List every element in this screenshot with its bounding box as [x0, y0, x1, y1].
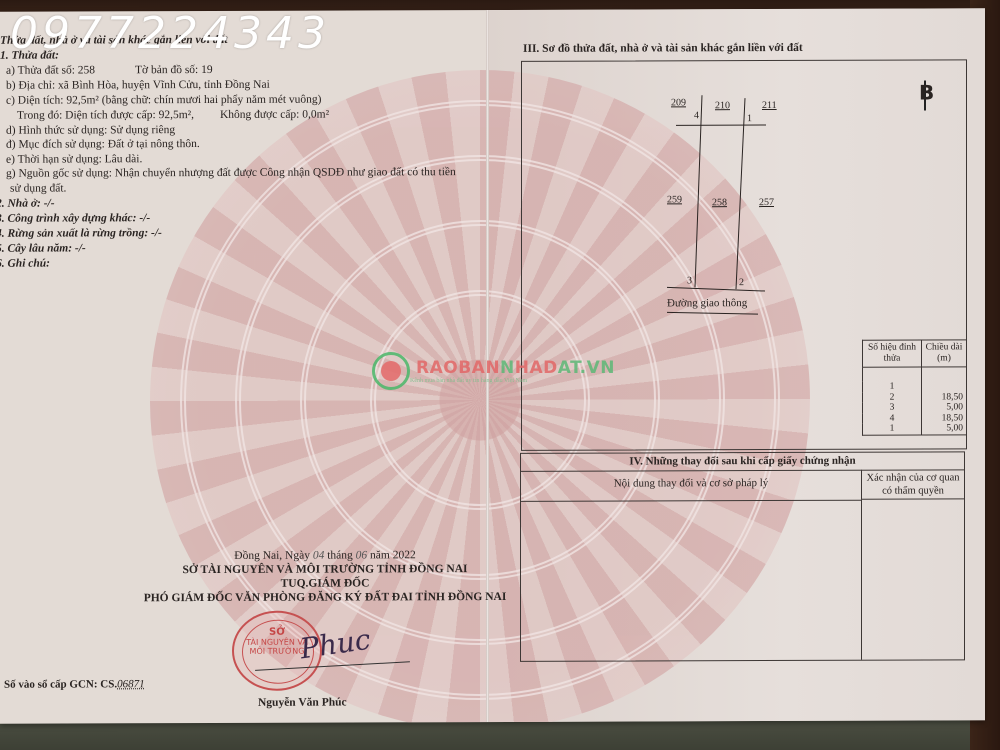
vertex-4: 4	[694, 110, 699, 121]
site-watermark: RAOBANNHADAT.VN Kênh mua bán nhà đất uy …	[372, 352, 615, 390]
table-row: 418,50	[863, 413, 967, 424]
road-label: Đường giao thông	[667, 297, 747, 309]
header-authority-confirmation: Xác nhận của cơ quan có thẩm quyền	[861, 469, 964, 499]
vertex-1: 1	[747, 113, 752, 124]
header-change-content: Nội dung thay đổi và cơ sở pháp lý	[521, 470, 861, 502]
column-divider	[861, 500, 862, 660]
watermark-text: RAOBANNHADAT.VN	[416, 358, 615, 378]
header-vertex: Số hiệu đỉnh thửa	[863, 340, 922, 367]
parcel-209: 209	[671, 97, 686, 108]
parcel-258: 258	[712, 197, 727, 208]
house-logo-icon	[372, 352, 410, 390]
north-arrow-icon: B	[919, 80, 934, 104]
table-row: 15,00	[863, 423, 967, 434]
table-row: 35,00	[863, 402, 967, 413]
parcel-211: 211	[762, 100, 777, 111]
parcel-210: 210	[715, 100, 730, 111]
parcel-257: 257	[759, 197, 774, 208]
table-row: 218,50	[863, 392, 967, 403]
vertex-3: 3	[687, 275, 692, 286]
parcel-259: 259	[667, 194, 682, 205]
edge-length-table: Số hiệu đỉnh thửa Chiều dài (m) 1 218,50…	[862, 339, 967, 435]
vertex-2: 2	[739, 277, 744, 288]
section-4-changes-table: IV. Những thay đổi sau khi cấp giấy chứn…	[520, 451, 965, 662]
watermark-subtitle: Kênh mua bán nhà đất uy tín hàng đầu Việ…	[410, 378, 615, 384]
phone-number-overlay: 0977224343	[10, 8, 330, 59]
table-row: 1	[863, 381, 967, 392]
header-length: Chiều dài (m)	[922, 340, 967, 367]
